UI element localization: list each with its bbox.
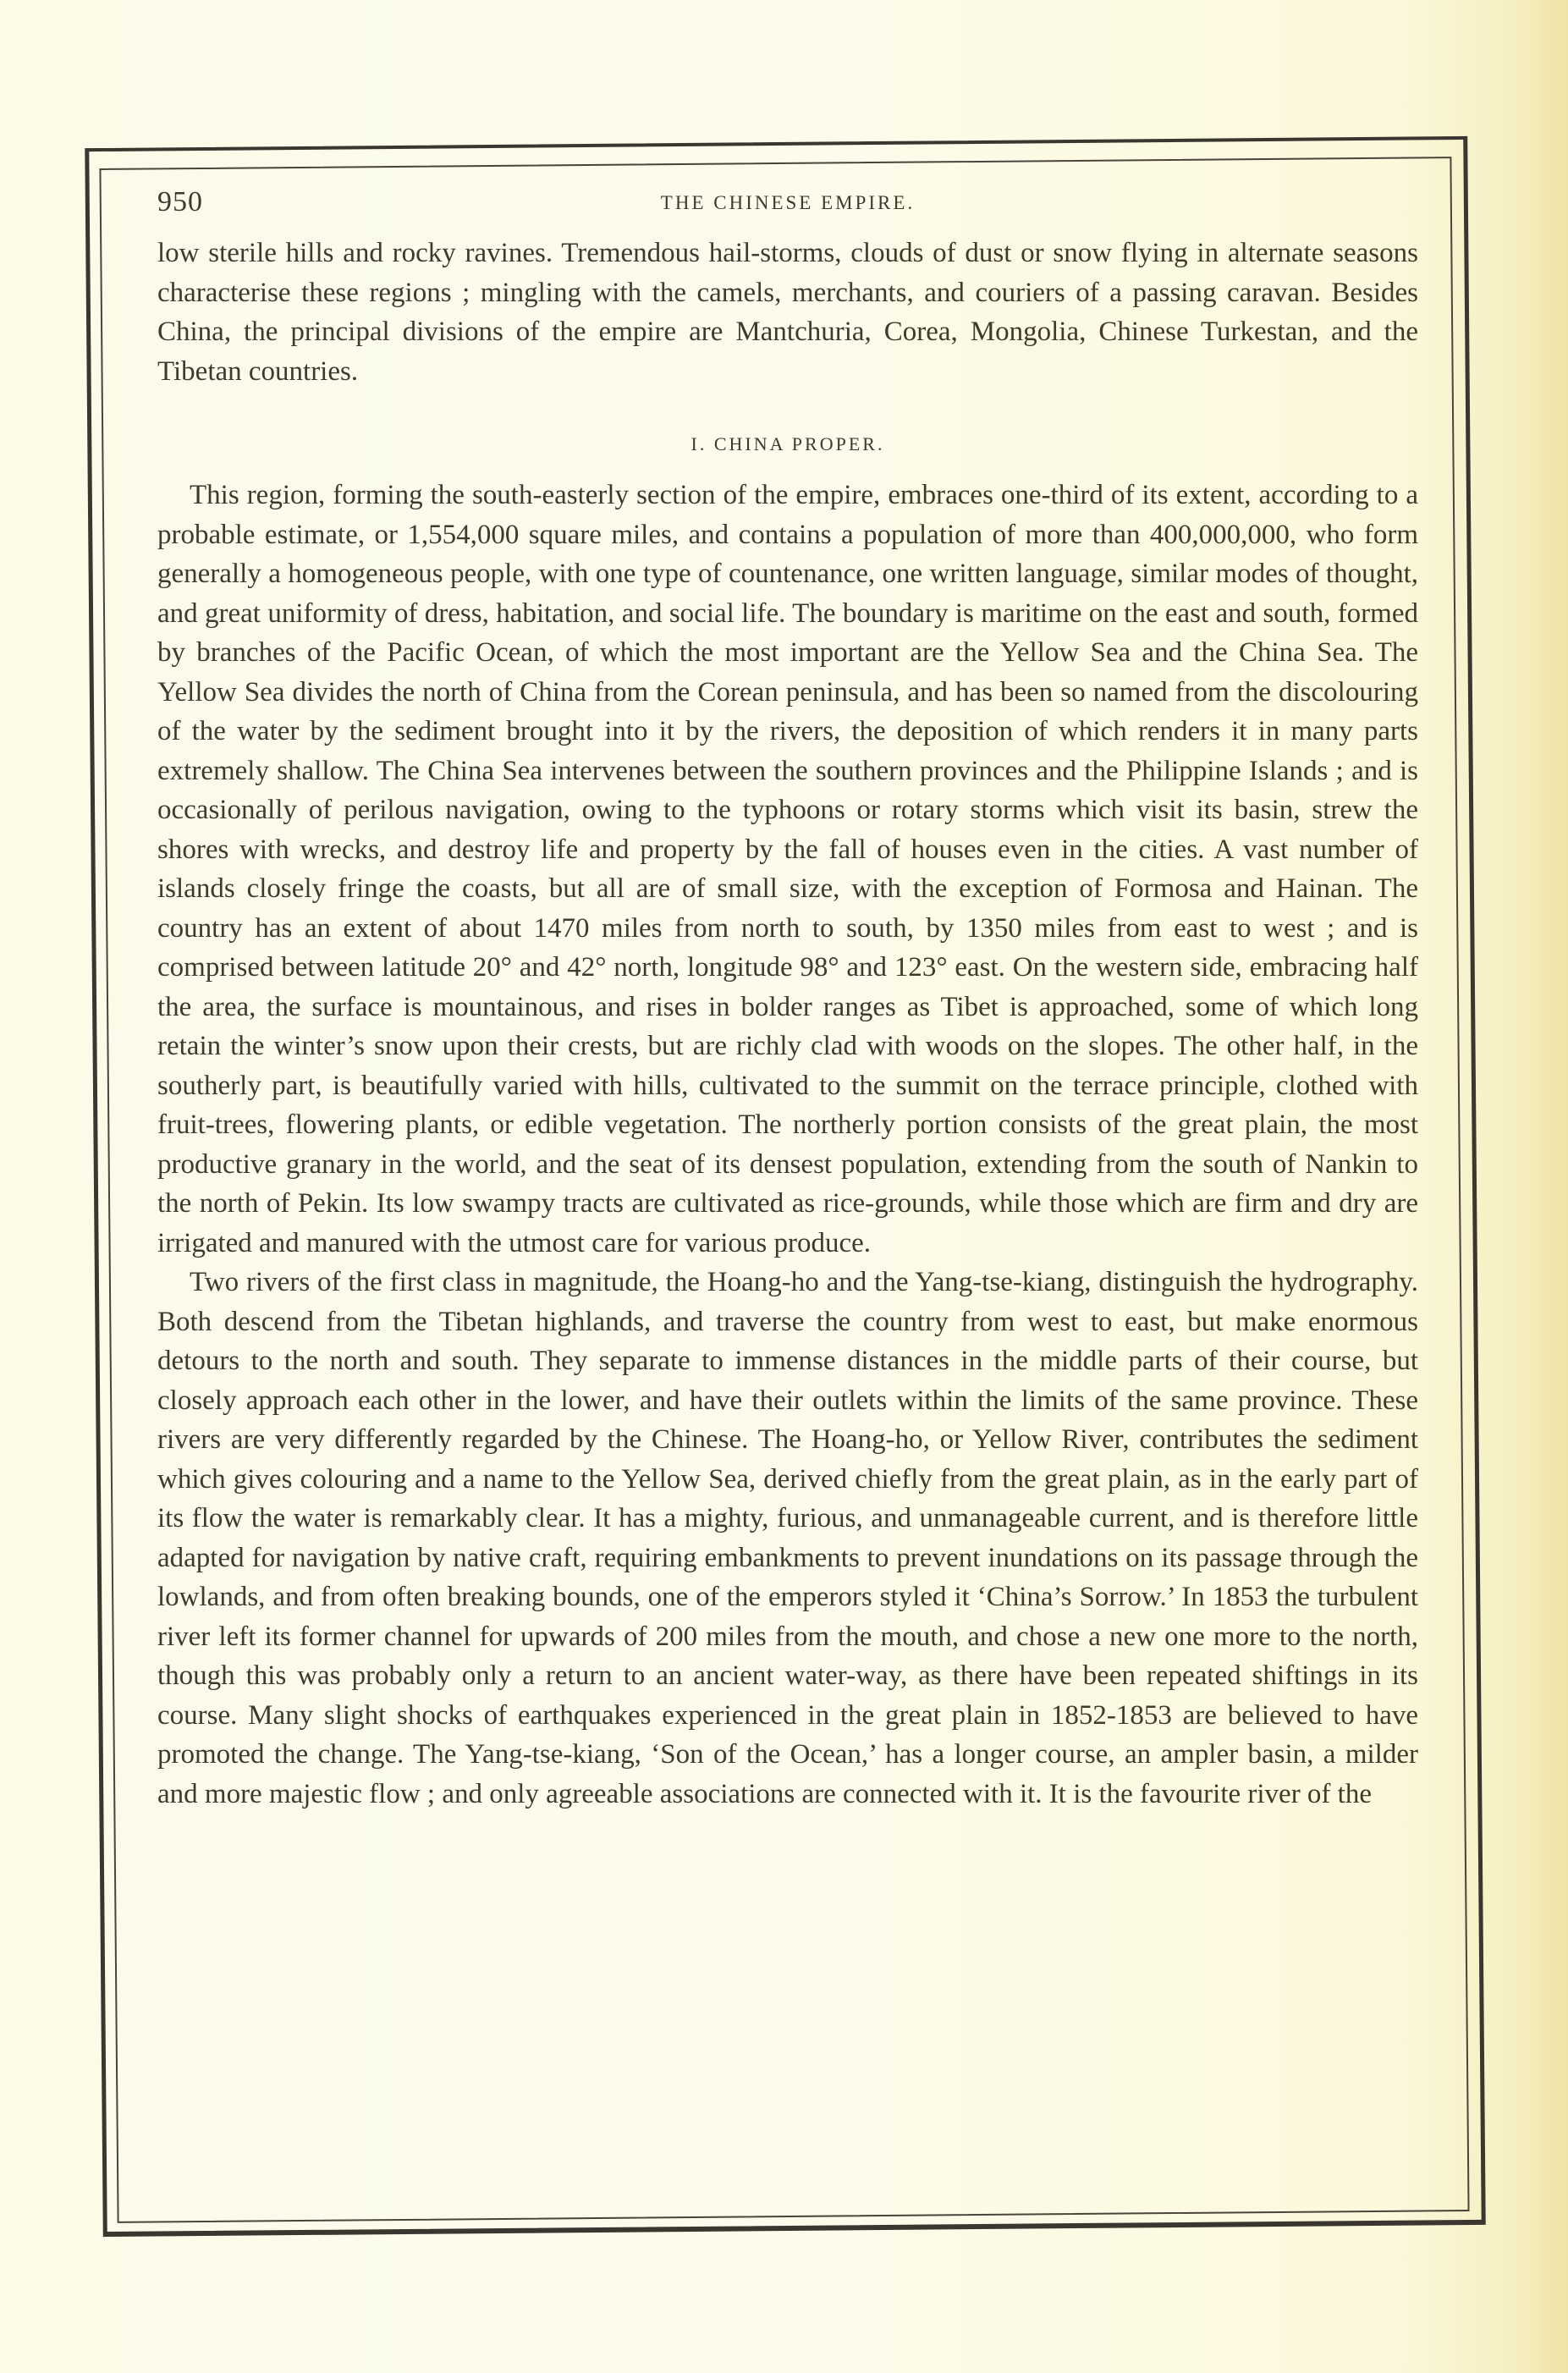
running-title: THE CHINESE EMPIRE. [157,184,1418,222]
section-heading: I. CHINA PROPER. [157,425,1418,464]
running-head: 950 THE CHINESE EMPIRE. [157,183,1418,222]
continuation-paragraph: low sterile hills and rocky ravines. Tre… [157,234,1418,391]
page-content: 950 THE CHINESE EMPIRE. low sterile hill… [157,183,1418,1814]
paragraph-china-proper: This region, forming the south-easterly … [157,476,1418,1263]
paragraph-rivers: Two rivers of the first class in magnitu… [157,1263,1418,1814]
body-text: low sterile hills and rocky ravines. Tre… [157,234,1418,1814]
